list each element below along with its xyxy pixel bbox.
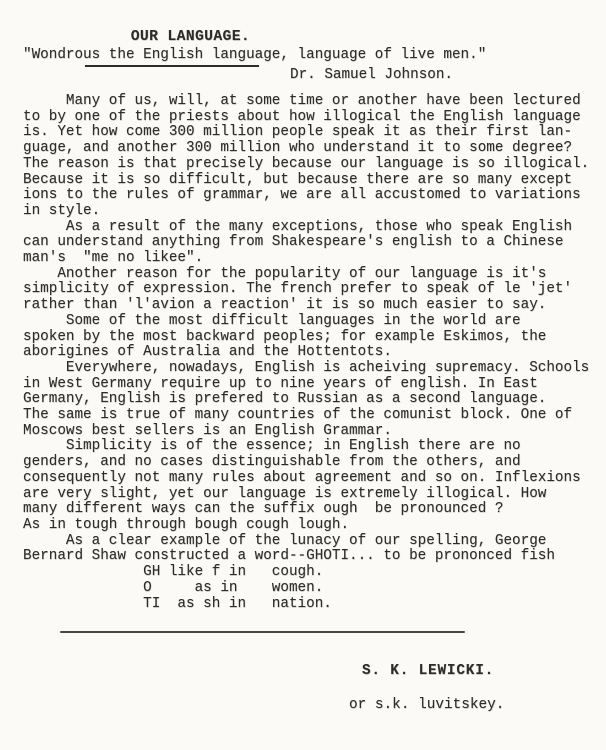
body-line: is. Yet how come 300 million people spea… bbox=[23, 125, 589, 141]
body-line: spoken by the most backward peoples; for… bbox=[23, 330, 589, 346]
body-line: Simplicity is of the essence; in English… bbox=[23, 439, 589, 455]
typed-divider-line bbox=[60, 631, 465, 633]
body-line: Some of the most difficult languages in … bbox=[23, 314, 589, 330]
body-line: guage, and another 300 million who under… bbox=[23, 141, 589, 157]
epigraph-attribution: Dr. Samuel Johnson. bbox=[23, 65, 486, 85]
body-line: Everywhere, nowadays, English is acheivi… bbox=[23, 361, 589, 377]
document-body: Many of us, will, at some time or anothe… bbox=[23, 94, 589, 612]
epigraph-quote: "Wondrous the English language, language… bbox=[23, 45, 486, 65]
body-line: can understand anything from Shakespeare… bbox=[23, 235, 589, 251]
signature-alternate: or s.k. luvitskey. bbox=[349, 697, 504, 713]
body-line: Many of us, will, at some time or anothe… bbox=[23, 94, 589, 110]
epigraph: "Wondrous the English language, language… bbox=[23, 45, 486, 85]
body-line: consequently not many rules about agreem… bbox=[23, 471, 589, 487]
body-line: in West Germany require up to nine years… bbox=[23, 377, 589, 393]
body-line: aborigines of Australia and the Hottento… bbox=[23, 345, 589, 361]
body-line: simplicity of expression. The french pre… bbox=[23, 282, 589, 298]
body-line: in style. bbox=[23, 204, 589, 220]
body-line: As in tough through bough cough lough. bbox=[23, 518, 589, 534]
body-line: man's "me no likee". bbox=[23, 251, 589, 267]
body-line: The same is true of many countries of th… bbox=[23, 408, 589, 424]
body-line: are very slight, yet our language is ext… bbox=[23, 487, 589, 503]
body-line: rather than 'l'avion a reaction' it is s… bbox=[23, 298, 589, 314]
body-line: many different ways can the suffix ough … bbox=[23, 502, 589, 518]
document-page: OUR LANGUAGE. "Wondrous the English lang… bbox=[0, 0, 606, 750]
body-line: Because it is so difficult, but because … bbox=[23, 173, 589, 189]
body-line: TI as sh in nation. bbox=[23, 597, 589, 613]
body-line: ions to the rules of grammar, we are all… bbox=[23, 188, 589, 204]
page-title-text: OUR LANGUAGE. bbox=[131, 29, 250, 45]
body-line: Germany, English is prefered to Russian … bbox=[23, 392, 589, 408]
body-line: As a result of the many exceptions, thos… bbox=[23, 220, 589, 236]
body-line: GH like f in cough. bbox=[23, 565, 589, 581]
signature-primary: S. K. LEWICKI. bbox=[362, 663, 494, 679]
body-line: genders, and no cases distinguishable fr… bbox=[23, 455, 589, 471]
body-line: O as in women. bbox=[23, 581, 589, 597]
body-line: The reason is that precisely because our… bbox=[23, 157, 589, 173]
body-line: Bernard Shaw constructed a word--GHOTI..… bbox=[23, 549, 589, 565]
